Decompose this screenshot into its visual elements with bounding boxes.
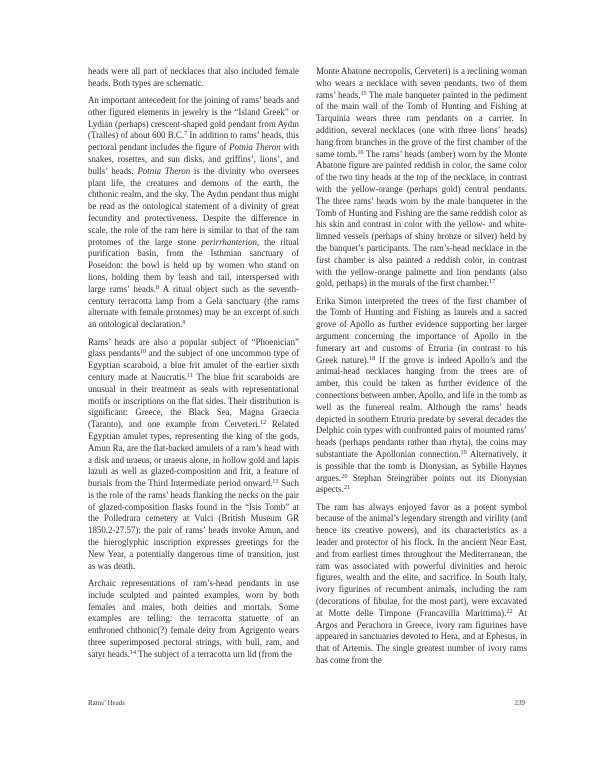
footnote-reference: 15: [360, 90, 366, 97]
page-footer: Rams’ Heads 239: [88, 699, 525, 708]
footnote-reference: 13: [272, 478, 278, 485]
paragraph: An important antecedent for the joining …: [88, 95, 299, 331]
footnote-reference: 20: [341, 473, 347, 480]
footnote-reference: 8: [156, 284, 159, 291]
text-column-left: heads were all part of necklaces that al…: [88, 66, 299, 667]
paragraph: The ram has always enjoyed favor as a po…: [316, 502, 527, 667]
footnote-reference: 22: [506, 608, 512, 615]
footnote-reference: 16: [357, 149, 363, 156]
document-page: heads were all part of necklaces that al…: [0, 0, 600, 762]
footer-page-number: 239: [515, 699, 526, 708]
paragraph: heads were all part of necklaces that al…: [88, 66, 299, 90]
italic-term: Potnia Theron: [229, 142, 281, 152]
footnote-reference: 14: [130, 649, 136, 656]
footnote-reference: 11: [187, 372, 193, 379]
italic-term: Potnia Theron: [137, 166, 190, 176]
paragraph: Erika Simon interpreted the trees of the…: [316, 296, 527, 497]
footnote-reference: 10: [140, 348, 146, 355]
footnote-reference: 17: [489, 278, 495, 285]
page-body: heads were all part of necklaces that al…: [88, 66, 527, 667]
paragraph: Rams’ heads are also a popular subject o…: [88, 337, 299, 573]
paragraph: Monte Abatone necropolis, Cerveteri) is …: [316, 66, 527, 290]
footnote-reference: 21: [344, 484, 350, 491]
footnote-reference: 7: [184, 130, 187, 137]
text-column-right: Monte Abatone necropolis, Cerveteri) is …: [316, 66, 527, 667]
footnote-reference: 19: [460, 449, 466, 456]
footnote-reference: 9: [182, 319, 185, 326]
paragraph: Archaic representations of ram’s-head pe…: [88, 578, 299, 661]
footnote-reference: 12: [260, 419, 266, 426]
footnote-reference: 18: [369, 355, 375, 362]
italic-term: perirrhanterion: [201, 237, 257, 247]
footer-section-title: Rams’ Heads: [88, 699, 125, 708]
